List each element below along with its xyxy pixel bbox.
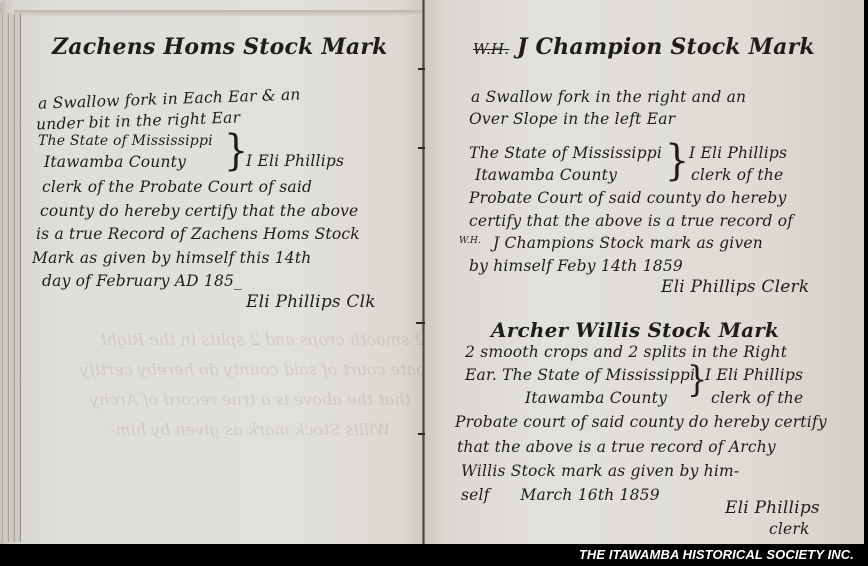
left-line: a Swallow fork in Each Ear & an xyxy=(38,85,301,112)
stacked-page-edges xyxy=(0,14,21,542)
entry1-line: Over Slope in the left Ear xyxy=(469,110,675,128)
entry2-line: Probate court of said county do hereby c… xyxy=(455,413,827,431)
ledger-book: Zachens Homs Stock Mark a Swallow fork i… xyxy=(0,0,864,544)
ink-bleedthrough: Probate court of said county do hereby c… xyxy=(80,360,454,379)
left-line: under bit in the right Ear xyxy=(36,108,241,133)
left-page: Zachens Homs Stock Mark a Swallow fork i… xyxy=(0,0,423,544)
entry2-signature: Eli Phillips xyxy=(725,498,820,518)
left-line: day of February AD 185_ xyxy=(42,272,242,290)
entry1-signature: Eli Phillips Clerk xyxy=(661,277,809,297)
left-line: is a true Record of Zachens Homs Stock xyxy=(36,225,360,243)
entry2-line: I Eli Phillips xyxy=(705,366,803,384)
entry2-signature-title: clerk xyxy=(769,520,810,538)
entry1-line: a Swallow fork in the right and an xyxy=(471,88,746,106)
left-line: Mark as given by himself this 14th xyxy=(32,249,311,267)
left-line: I Eli Phillips xyxy=(246,152,344,170)
entry1-line: Probate Court of said county do hereby xyxy=(469,189,787,207)
credit-bar: THE ITAWAMBA HISTORICAL SOCIETY INC. xyxy=(0,544,868,566)
ink-bleedthrough: Willis Stock mark as given by him- xyxy=(110,420,390,439)
struck-out-mark: W.H. xyxy=(473,40,509,58)
entry1-line: I Eli Phillips xyxy=(689,144,787,162)
right-page: W.H. J Champion Stock Mark a Swallow for… xyxy=(425,0,864,544)
entry2-line: 2 smooth crops and 2 splits in the Right xyxy=(465,343,787,361)
entry1-line: clerk of the xyxy=(691,166,783,184)
frame-border xyxy=(864,0,868,566)
entry2-line: Willis Stock mark as given by him- xyxy=(461,462,739,480)
left-signature: Eli Phillips Clk xyxy=(246,292,376,312)
left-line: The State of Mississippi xyxy=(38,133,213,149)
credit-text: THE ITAWAMBA HISTORICAL SOCIETY INC. xyxy=(579,547,854,562)
entry2-line: Ear. The State of Mississippi xyxy=(465,366,695,384)
bracket: } xyxy=(665,136,689,184)
entry2-line: Itawamba County xyxy=(525,389,667,407)
margin-note: W.H. xyxy=(459,236,481,246)
left-line: Itawamba County xyxy=(44,153,186,171)
left-entry-title: Zachens Homs Stock Mark xyxy=(52,34,388,60)
ink-bleedthrough: 2 smooth crops and 2 splits in the Right xyxy=(100,330,424,349)
entry1-line: by himself Feby 14th 1859 xyxy=(469,257,683,275)
entry2-title: Archer Willis Stock Mark xyxy=(491,318,779,342)
bracket: } xyxy=(224,126,248,174)
entry1-line: J Champions Stock mark as given xyxy=(493,234,763,252)
entry2-line: clerk of the xyxy=(711,389,803,407)
entry1-line: certify that the above is a true record … xyxy=(469,212,793,230)
ink-bleedthrough: that the above is a true record of Archy xyxy=(90,390,411,409)
left-line: clerk of the Probate Court of said xyxy=(42,178,312,196)
entry1-line: The State of Mississippi xyxy=(469,144,662,162)
entry2-line: self March 16th 1859 xyxy=(461,486,660,504)
left-line: county do hereby certify that the above xyxy=(40,202,358,220)
page-top-edge xyxy=(14,10,423,16)
entry2-line: that the above is a true record of Archy xyxy=(457,438,776,456)
entry1-line: Itawamba County xyxy=(475,166,617,184)
entry1-title: J Champion Stock Mark xyxy=(517,34,815,60)
